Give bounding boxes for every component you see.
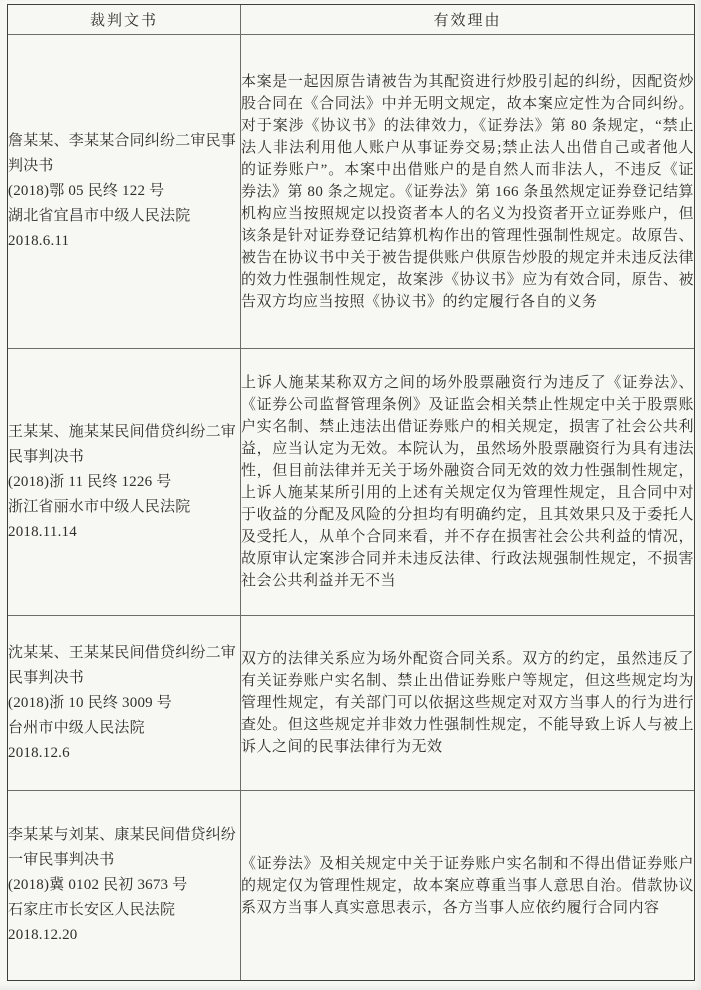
reason-text: 本案是一起因原告请被告为其配资进行炒股引起的纠纷，因配资炒股合同在《合同法》中并… <box>241 71 694 313</box>
doc-info-cell: 王某某、施某某民间借贷纠纷二审民事判决书 (2018)浙 11 民终 1226 … <box>8 349 241 616</box>
doc-title: 王某某、施某某民间借贷纠纷二审民事判决书 <box>8 420 240 470</box>
table-row: 王某某、施某某民间借贷纠纷二审民事判决书 (2018)浙 11 民终 1226 … <box>8 349 695 616</box>
court-name: 台州市中级人民法院 <box>8 716 240 741</box>
reason-cell: 上诉人施某某称双方之间的场外股票融资行为违反了《证券法》、《证券公司监督管理条例… <box>241 349 695 616</box>
reason-text: 上诉人施某某称双方之间的场外股票融资行为违反了《证券法》、《证券公司监督管理条例… <box>241 372 694 592</box>
table-row: 沈某某、王某某民间借贷纠纷二审民事判决书 (2018)浙 10 民终 3009 … <box>8 616 695 791</box>
court-name: 湖北省宜昌市中级人民法院 <box>8 204 240 229</box>
doc-title: 詹某某、李某某合同纠纷二审民事判决书 <box>8 129 240 179</box>
court-name: 石家庄市长安区人民法院 <box>8 898 240 923</box>
reason-cell: 双方的法律关系应为场外配资合同关系。双方的约定，虽然违反了有关证券账户实名制、禁… <box>241 616 695 791</box>
reason-text: 《证券法》及相关规定中关于证券账户实名制和不得出借证券账户的规定仅为管理性规定，… <box>241 853 694 919</box>
judgment-date: 2018.6.11 <box>8 229 240 254</box>
judgment-date: 2018.11.14 <box>8 520 240 545</box>
doc-title: 沈某某、王某某民间借贷纠纷二审民事判决书 <box>8 641 240 691</box>
judgment-date: 2018.12.6 <box>8 741 240 766</box>
court-name: 浙江省丽水市中级人民法院 <box>8 495 240 520</box>
doc-info-cell: 李某某与刘某、康某民间借贷纠纷一审民事判决书 (2018)冀 0102 民初 3… <box>8 791 241 981</box>
table-row: 詹某某、李某某合同纠纷二审民事判决书 (2018)鄂 05 民终 122 号 湖… <box>8 35 695 349</box>
reason-cell: 本案是一起因原告请被告为其配资进行炒股引起的纠纷，因配资炒股合同在《合同法》中并… <box>241 35 695 349</box>
doc-info-cell: 沈某某、王某某民间借贷纠纷二审民事判决书 (2018)浙 10 民终 3009 … <box>8 616 241 791</box>
table-row: 李某某与刘某、康某民间借贷纠纷一审民事判决书 (2018)冀 0102 民初 3… <box>8 791 695 981</box>
scanned-page: 裁判文书 有效理由 詹某某、李某某合同纠纷二审民事判决书 (2018)鄂 05 … <box>0 0 701 990</box>
doc-info-cell: 詹某某、李某某合同纠纷二审民事判决书 (2018)鄂 05 民终 122 号 湖… <box>8 35 241 349</box>
case-number: (2018)浙 10 民终 3009 号 <box>8 691 240 716</box>
judgment-table: 裁判文书 有效理由 詹某某、李某某合同纠纷二审民事判决书 (2018)鄂 05 … <box>7 4 695 981</box>
case-number: (2018)鄂 05 民终 122 号 <box>8 179 240 204</box>
case-number: (2018)浙 11 民终 1226 号 <box>8 470 240 495</box>
judgment-date: 2018.12.20 <box>8 923 240 948</box>
reason-text: 双方的法律关系应为场外配资合同关系。双方的约定，虽然违反了有关证券账户实名制、禁… <box>241 648 694 758</box>
doc-title: 李某某与刘某、康某民间借贷纠纷一审民事判决书 <box>8 823 240 873</box>
reason-cell: 《证券法》及相关规定中关于证券账户实名制和不得出借证券账户的规定仅为管理性规定，… <box>241 791 695 981</box>
header-valid-reasons: 有效理由 <box>241 5 695 35</box>
case-number: (2018)冀 0102 民初 3673 号 <box>8 873 240 898</box>
table-header-row: 裁判文书 有效理由 <box>8 5 695 35</box>
header-judgment-documents: 裁判文书 <box>8 5 241 35</box>
